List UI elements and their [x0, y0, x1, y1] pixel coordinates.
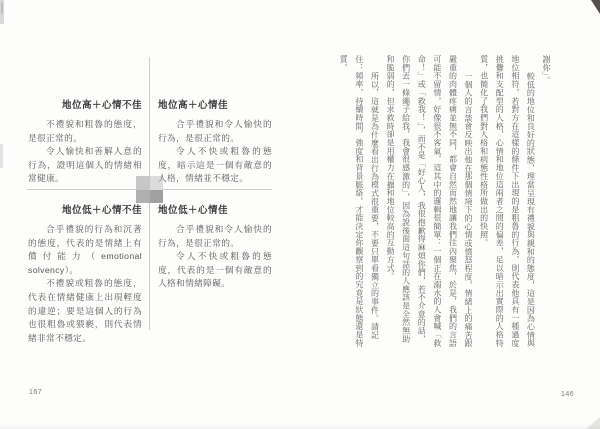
body-paragraph: 所以，這就是為什麼看出行為模式很重要，不要只單看獨立的事件。請記住：頻率，持續時… [336, 55, 383, 348]
quadrant-heading: 地位低＋心情不佳 [28, 202, 142, 216]
quadrant-heading: 地位低＋心情佳 [158, 202, 272, 216]
quadrant-heading: 地位高＋心情不佳 [28, 97, 142, 111]
body-paragraph: 謝你」。 [538, 55, 554, 348]
body-paragraph: 較低的地位和良好的狀態，理當呈現有禮貌與親和的態度，這是因為心情與地位相符，若對… [476, 55, 538, 348]
book-spread: 地位高＋心情不佳 不禮貌和粗魯的態度，是很正常的。 令人愉快和善解人意的行為，證… [0, 0, 600, 429]
quadrant-paragraph: 令人不快或粗魯的態度，暗示這是一個有敵意的人格，情緒並不穩定。 [158, 145, 272, 186]
right-page: 謝你」。 較低的地位和良好的狀態，理當呈現有禮貌與親和的態度，這是因為心情與地位… [300, 0, 600, 429]
quadrant-paragraph: 合乎禮貌的行為和沉著的態度，代表的是情緒上有償付能力（emotional sol… [28, 223, 142, 277]
quadrant-paragraph: 令人愉快和善解人意的行為，證明這個人的情緒相當健康。 [28, 145, 142, 186]
page-number-left: 167 [29, 389, 42, 396]
quadrant-paragraph: 不禮貌或粗魯的態度，代表在情緒健康上出現輕度的違逆；要是這個人的行為也很粗魯或猥… [28, 277, 142, 345]
checker-cell [136, 190, 150, 204]
quadrant-top-right: 地位高＋心情佳 合乎禮貌和令人愉快的行為，是很正常的。 令人不快或粗魯的態度，暗… [158, 97, 272, 186]
vertical-body-text: 謝你」。 較低的地位和良好的狀態，理當呈現有禮貌與親和的態度，這是因為心情與地位… [336, 55, 554, 348]
quadrant-bottom-left: 地位低＋心情不佳 合乎禮貌的行為和沉著的態度，代表的是情緒上有償付能力（emot… [28, 202, 142, 345]
quadrant-paragraph: 不禮貌和粗魯的態度，是很正常的。 [28, 118, 142, 145]
left-page: 地位高＋心情不佳 不禮貌和粗魯的態度，是很正常的。 令人愉快和善解人意的行為，證… [0, 0, 300, 429]
page-number-right: 146 [561, 391, 574, 398]
quadrant-bottom-right: 地位低＋心情佳 合乎禮貌和令人愉快的行為，是很正常的。 令人不快或粗魯的態度，代… [158, 202, 272, 291]
quadrant-paragraph: 合乎禮貌和令人愉快的行為，是很正常的。 [158, 223, 272, 250]
quadrant-top-left: 地位高＋心情不佳 不禮貌和粗魯的態度，是很正常的。 令人愉快和善解人意的行為，證… [28, 97, 142, 186]
quadrant-paragraph: 令人不快或粗魯的態度，代表的是一個有敵意的人格和情緒障礙。 [158, 250, 272, 291]
quadrant-heading: 地位高＋心情佳 [158, 97, 272, 111]
checker-cell [150, 190, 164, 204]
body-paragraph: 一個人的言談會反映出他在那個情境下的心情或憤怒程度，情緒上的痛苦跟嚴重的肉體疼痛… [382, 55, 476, 348]
quadrant-paragraph: 合乎禮貌和令人愉快的行為，是很正常的。 [158, 118, 272, 145]
